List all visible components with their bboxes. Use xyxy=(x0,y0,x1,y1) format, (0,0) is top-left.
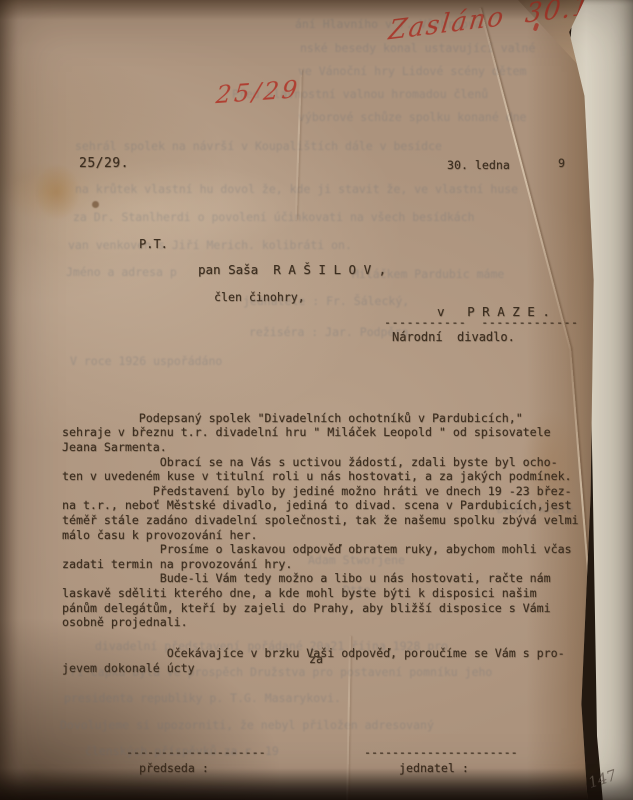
ghost-text-line: ve Vánoční hry Lidové scény dětem xyxy=(298,64,526,78)
ghost-text-line: za Dr. Stanlherdi o povolení účinkovati … xyxy=(73,210,475,224)
ghost-text-line: nské besedy konal ustavující valné xyxy=(300,41,535,55)
photographed-letter-scan: ání Hlavního v ř. Všehrdovanské besedy k… xyxy=(0,0,633,800)
signature-line-right: ---------------------- xyxy=(364,745,518,759)
typed-line: na t.r., neboť Městské divadlo, jediná t… xyxy=(62,498,579,513)
typed-line: Představení bylo by jediné možno hráti v… xyxy=(62,484,579,499)
typed-line: zadati termin na provozování hry. xyxy=(62,557,579,572)
typed-line: sehraje v březnu t.r. divadelní hru " Mi… xyxy=(62,425,579,440)
reference-number: 25/29. xyxy=(79,156,129,171)
ghost-text-line: van venkoven s Jiří Merich. kolibráti on… xyxy=(68,238,352,252)
city-underline: ----------- ------------- xyxy=(384,315,578,329)
typed-line: laskavě sděliti kterého dne, a kde mohl … xyxy=(62,586,579,601)
typed-line: málo času k provozování her. xyxy=(62,528,579,543)
ghost-text-line: výborové schůze spolku konané dne xyxy=(298,110,526,124)
ghost-text-line: sehrál spolek na návrší v Koupalištích d… xyxy=(75,139,442,153)
closing-za: za xyxy=(309,652,323,666)
typed-line: Podepsaný spolek "Divadelních ochotníků … xyxy=(62,411,579,426)
typed-line: téměř stále zadáno divadelní společnosti… xyxy=(62,513,579,528)
signature-label-secretary: jednatel : xyxy=(399,761,469,775)
signature-line-left: -------------------- xyxy=(126,745,266,759)
salutation: P.T. xyxy=(139,237,168,251)
letter-body: Podepsaný spolek "Divadelních ochotníků … xyxy=(62,367,579,630)
year-fragment: 9 xyxy=(558,156,565,170)
typed-line: Prosíme o laskavou odpověď obratem ruky,… xyxy=(62,542,579,557)
typed-line: ten v uvedeném kuse v titulní roli u nás… xyxy=(62,469,579,484)
typed-line: Bude-li Vám tedy možno a libo u nás host… xyxy=(62,571,579,586)
recipient-role: člen činohry, xyxy=(214,290,305,304)
recipient-name: pan Saša R A Š I L O V , xyxy=(198,262,386,277)
ghost-text-line: V roce 1926 uspořádáno xyxy=(70,354,222,368)
signature-label-chairman: předseda : xyxy=(139,761,209,775)
ghost-text-line: Dovolujeme si upozorniti, že nebyl přilo… xyxy=(60,718,434,732)
letter-date: 30. ledna xyxy=(447,158,510,172)
ghost-text-line: presidenta republiky p. T.G. Masarykovi. xyxy=(64,691,341,705)
ghost-text-line: Jméno a adresa p xyxy=(66,265,177,279)
letter-sheet: ání Hlavního v ř. Všehrdovanské besedy k… xyxy=(0,0,612,800)
typed-line: Jeana Sarmenta. xyxy=(62,440,579,455)
typed-line: Obrací se na Vás s uctivou žádostí, zdal… xyxy=(62,455,579,470)
recipient-institution: Národní divadlo. xyxy=(392,330,515,344)
